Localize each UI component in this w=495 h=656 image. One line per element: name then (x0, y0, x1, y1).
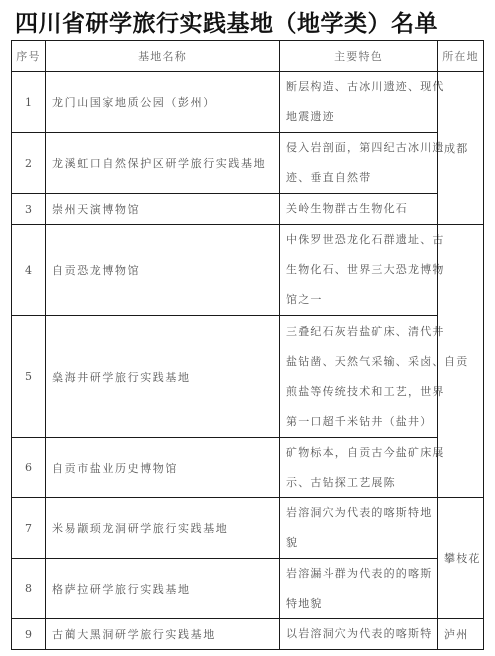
row-name: 自贡恐龙博物馆 (45, 224, 280, 316)
base-name: 燊海井研学旅行实践基地 (52, 369, 191, 385)
row-index: 2 (11, 132, 46, 194)
location-zigong: 自贡 (437, 224, 484, 498)
row-index: 7 (11, 497, 46, 559)
row-index: 9 (11, 618, 46, 650)
feature-line: 第一口超千米钻井（盐井） (286, 407, 432, 437)
row-index: 8 (11, 558, 46, 619)
row-features: 岩溶漏斗群为代表的的喀斯 特地貌 (279, 558, 438, 619)
feature-line: 地震遗迹 (286, 102, 335, 132)
header-name: 基地名称 (45, 40, 280, 72)
feature-line: 煎盐等传统技术和工艺，世界 (286, 377, 445, 407)
row-name: 自贡市盐业历史博物馆 (45, 437, 280, 498)
row-features: 关岭生物群古生物化石 (279, 193, 438, 225)
feature-line: 示、古钻探工艺展陈 (286, 468, 396, 498)
feature-line: 以岩溶洞穴为代表的喀斯特 (286, 619, 432, 649)
feature-line: 貌 (286, 528, 298, 558)
feature-line: 迹、垂直自然带 (286, 163, 371, 193)
row-name: 龙溪虹口自然保护区研学旅行实践基地 (45, 132, 280, 194)
feature-line: 馆之一 (286, 285, 323, 315)
feature-line: 三叠纪石灰岩盐矿床、清代井 (286, 317, 445, 347)
feature-line: 盐钻凿、天然气采输、采卤、 (286, 347, 445, 377)
row-name: 崇州天演博物馆 (45, 193, 280, 225)
row-index: 6 (11, 437, 46, 498)
base-name: 古蔺大黑洞研学旅行实践基地 (52, 626, 216, 642)
row-features: 以岩溶洞穴为代表的喀斯特 (279, 618, 438, 650)
location-panzhihua: 攀枝花 (437, 497, 484, 619)
base-name: 米易颛顼龙洞研学旅行实践基地 (52, 520, 228, 536)
location-chengdu: 成都 (437, 71, 484, 225)
row-features: 断层构造、古冰川遗迹、现代 地震遗迹 (279, 71, 438, 133)
row-features: 侵入岩剖面，第四纪古冰川遗 迹、垂直自然带 (279, 132, 438, 194)
row-index: 3 (11, 193, 46, 225)
row-name: 格萨拉研学旅行实践基地 (45, 558, 280, 619)
feature-line: 矿物标本，自贡古今盐矿床展 (286, 438, 445, 468)
feature-line: 岩溶洞穴为代表的喀斯特地 (286, 498, 432, 528)
feature-line: 关岭生物群古生物化石 (286, 194, 408, 224)
header-index: 序号 (11, 40, 46, 72)
feature-line: 断层构造、古冰川遗迹、现代 (286, 72, 445, 102)
base-name: 自贡恐龙博物馆 (52, 262, 140, 278)
header-features: 主要特色 (279, 40, 438, 72)
feature-line: 岩溶漏斗群为代表的的喀斯 (286, 559, 432, 589)
row-features: 矿物标本，自贡古今盐矿床展 示、古钻探工艺展陈 (279, 437, 438, 498)
feature-line: 生物化石、世界三大恐龙博物 (286, 255, 445, 285)
row-index: 4 (11, 224, 46, 316)
feature-line: 特地貌 (286, 589, 323, 619)
document-title: 四川省研学旅行实践基地（地学类）名单 (15, 9, 438, 39)
row-name: 米易颛顼龙洞研学旅行实践基地 (45, 497, 280, 559)
feature-line: 侵入岩剖面，第四纪古冰川遗 (286, 133, 445, 163)
row-features: 中侏罗世恐龙化石群遗址、古 生物化石、世界三大恐龙博物 馆之一 (279, 224, 438, 316)
row-index: 1 (11, 71, 46, 133)
base-name: 自贡市盐业历史博物馆 (52, 460, 178, 476)
row-name: 燊海井研学旅行实践基地 (45, 315, 280, 438)
row-features: 三叠纪石灰岩盐矿床、清代井 盐钻凿、天然气采输、采卤、 煎盐等传统技术和工艺，世… (279, 315, 438, 438)
row-index: 5 (11, 315, 46, 438)
row-name: 龙门山国家地质公园（彭州） (45, 71, 280, 133)
base-name: 龙溪虹口自然保护区研学旅行实践基地 (52, 155, 266, 171)
base-name: 龙门山国家地质公园（彭州） (52, 94, 216, 110)
header-location: 所在地 (437, 40, 484, 72)
base-name: 崇州天演博物馆 (52, 201, 140, 217)
row-features: 岩溶洞穴为代表的喀斯特地 貌 (279, 497, 438, 559)
base-name: 格萨拉研学旅行实践基地 (52, 581, 191, 597)
location-luzhou: 泸州 (437, 618, 484, 650)
row-name: 古蔺大黑洞研学旅行实践基地 (45, 618, 280, 650)
feature-line: 中侏罗世恐龙化石群遗址、古 (286, 225, 445, 255)
